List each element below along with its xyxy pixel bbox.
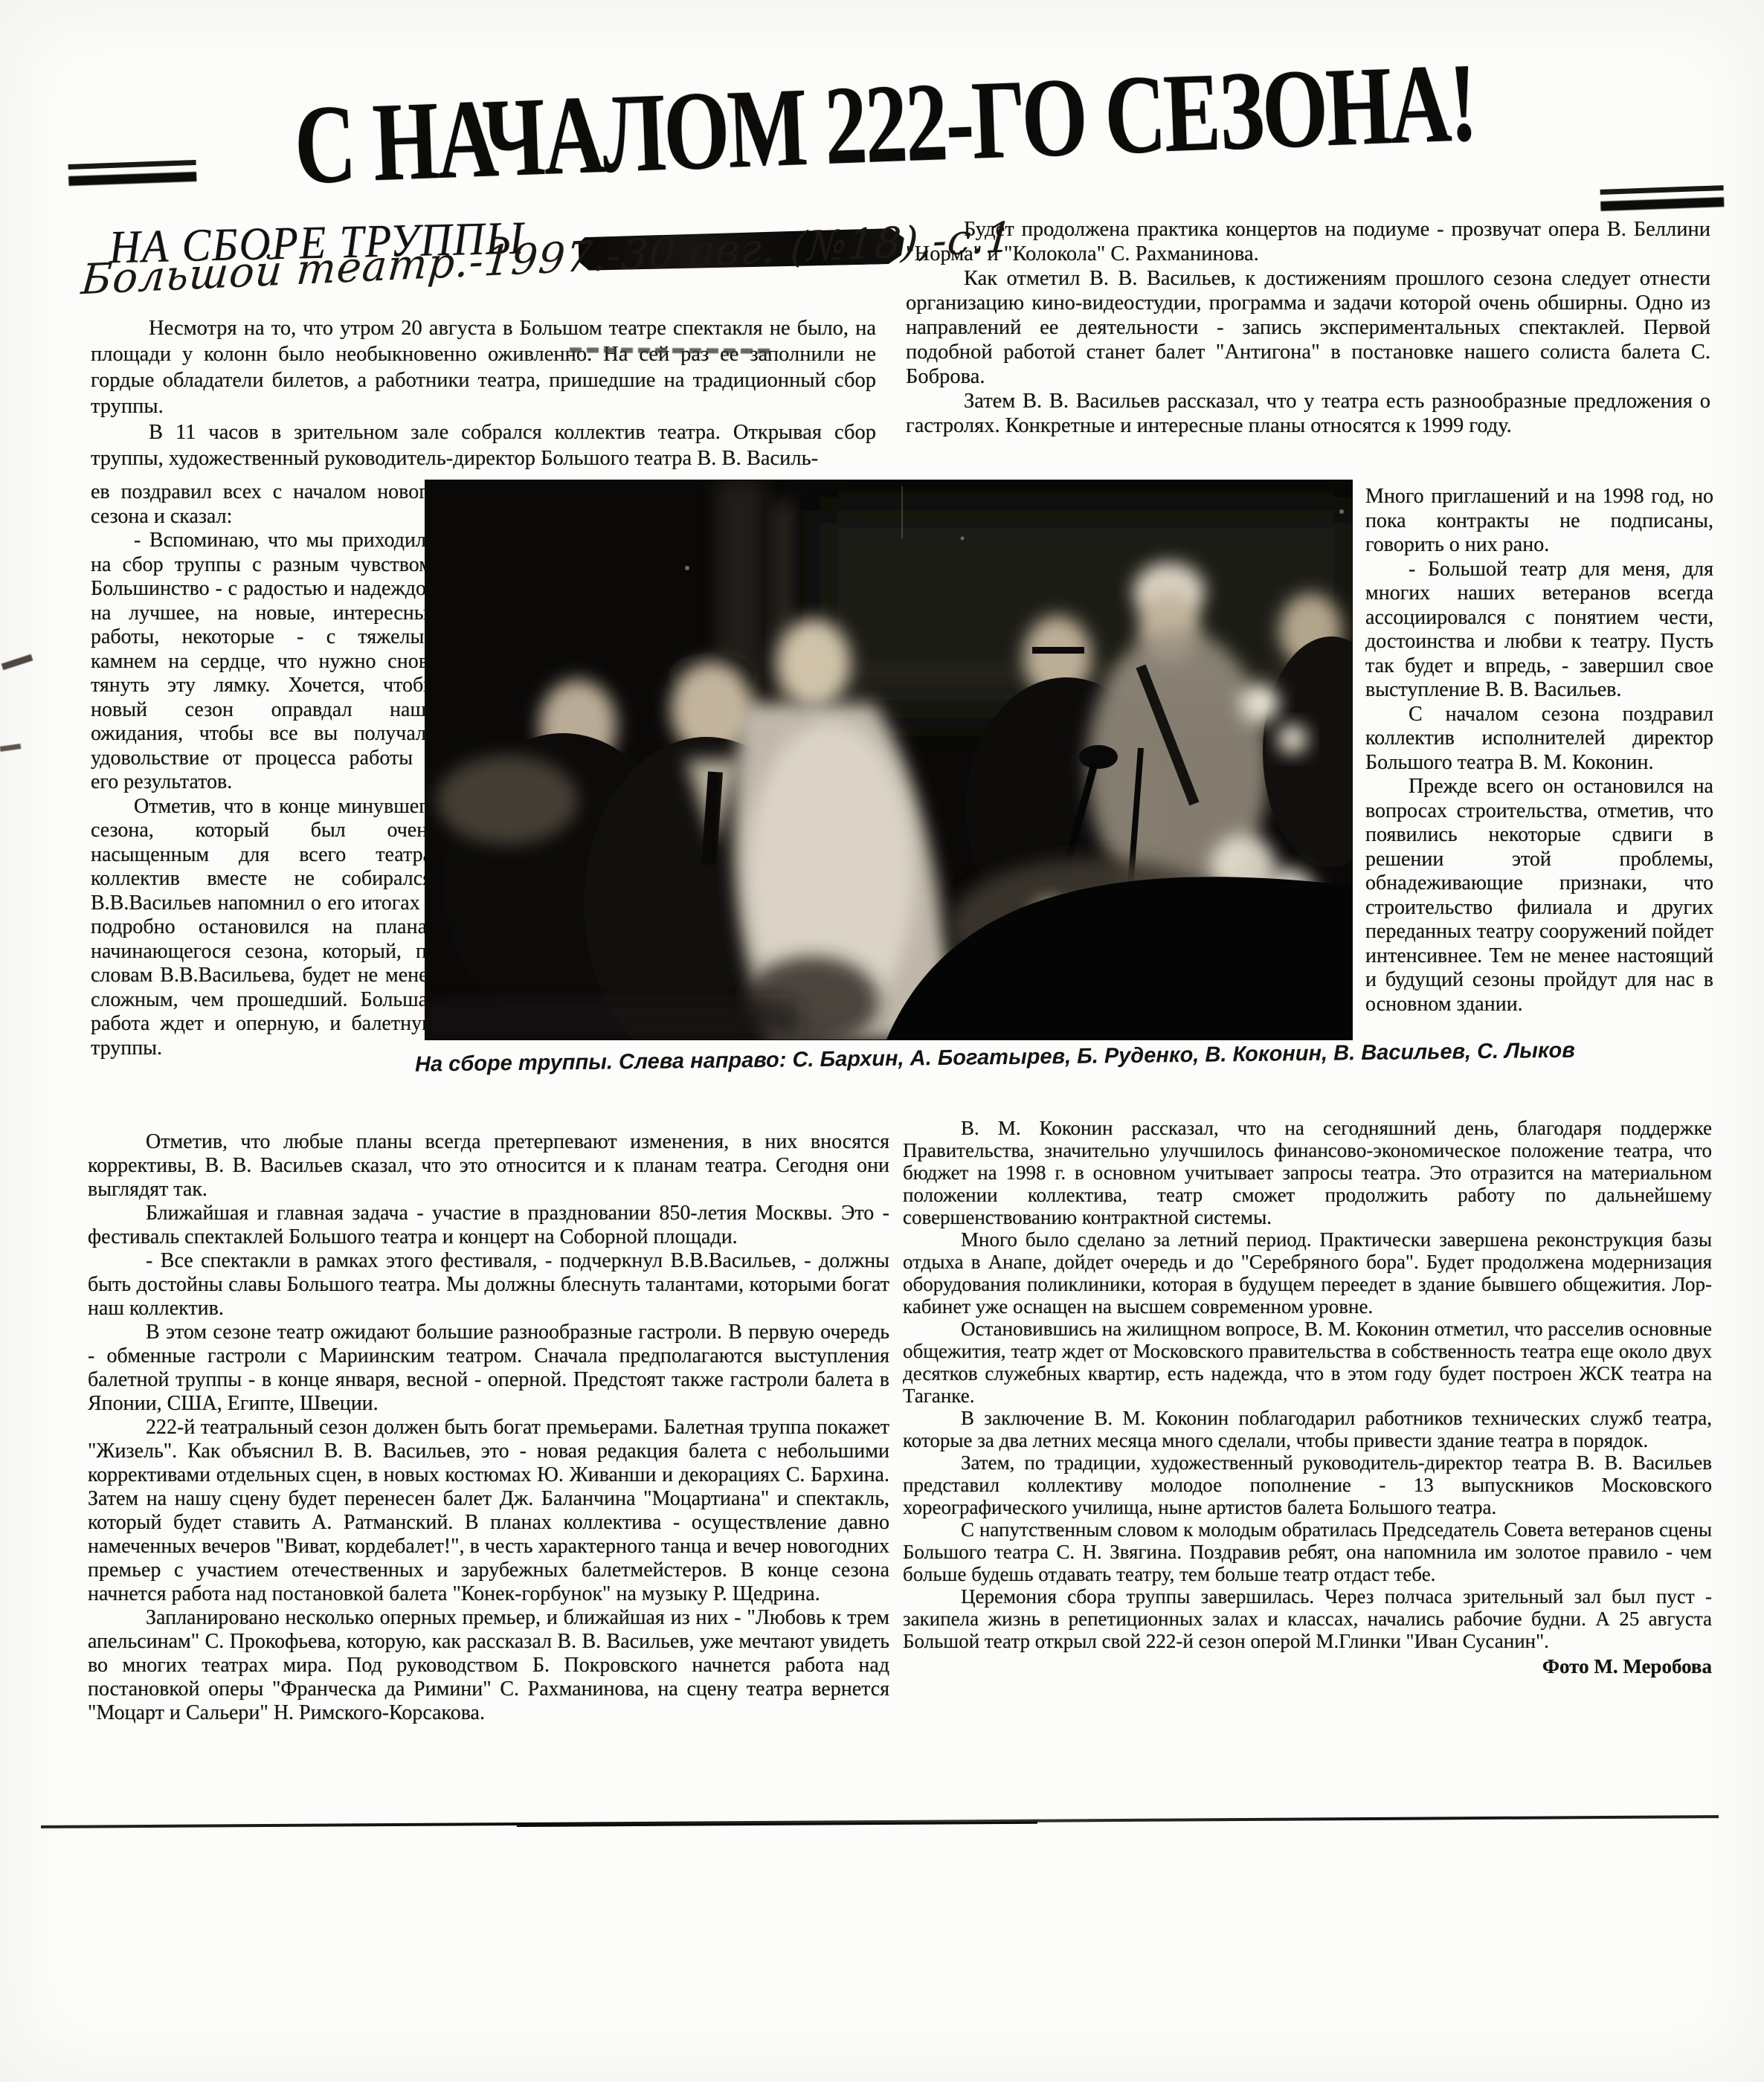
photo-image bbox=[425, 480, 1352, 1040]
paragraph: Затем, по традиции, художественный руков… bbox=[903, 1451, 1712, 1518]
paragraph: Много было сделано за летний период. Пра… bbox=[903, 1228, 1712, 1318]
paragraph: - Вспоминаю, что мы приходили на сбор тр… bbox=[91, 529, 437, 795]
photo-credit: Фото М. Меробова bbox=[903, 1652, 1712, 1677]
paragraph: - Все спектакли в рамках этого фестиваля… bbox=[88, 1249, 889, 1321]
column-left-bottom: Отметив, что любые планы всегда претерпе… bbox=[88, 1130, 889, 1725]
masthead-rule-left bbox=[68, 160, 197, 186]
paragraph: С началом сезона поздравил коллектив исп… bbox=[1365, 703, 1713, 776]
paragraph: Прежде всего он остановился на вопросах … bbox=[1365, 775, 1713, 1016]
rule-line bbox=[1600, 185, 1724, 195]
scan-artifact-dash bbox=[1, 654, 33, 671]
masthead-rule-right bbox=[1600, 185, 1725, 211]
paragraph: - Большой театр для меня, для многих наш… bbox=[1365, 558, 1713, 703]
column-left-top: Несмотря на то, что утром 20 августа в Б… bbox=[91, 315, 876, 471]
paragraph: В. М. Коконин рассказал, что на сегодняш… bbox=[903, 1117, 1712, 1228]
rule-line bbox=[68, 160, 196, 170]
paragraph: Несмотря на то, что утром 20 августа в Б… bbox=[91, 315, 876, 419]
photo-caption: На сборе труппы. Слева направо: С. Бархи… bbox=[415, 1040, 1352, 1077]
paragraph: Затем В. В. Васильев рассказал, что у те… bbox=[906, 389, 1710, 438]
paragraph: Много приглашений и на 1998 год, но пока… bbox=[1365, 485, 1713, 558]
column-right-bottom: В. М. Коконин рассказал, что на сегодняш… bbox=[903, 1117, 1712, 1677]
rule-line bbox=[1600, 197, 1724, 211]
paragraph: Будет продолжена практика концертов на п… bbox=[906, 217, 1710, 266]
underline-artifact bbox=[570, 347, 772, 353]
paragraph: Ближайшая и главная задача - участие в п… bbox=[88, 1202, 889, 1249]
paragraph: Отметив, что в конце минувшего сезона, к… bbox=[91, 795, 437, 1061]
bottom-rule bbox=[41, 1815, 1719, 1828]
paragraph: В заключение В. М. Коконин поблагодарил … bbox=[903, 1407, 1712, 1451]
paragraph: Церемония сбора труппы завершилась. Чере… bbox=[903, 1585, 1712, 1652]
paragraph: 222-й театральный сезон должен быть бога… bbox=[88, 1416, 889, 1606]
scan-artifact-dash bbox=[0, 744, 21, 752]
paragraph: С напутственным словом к молодым обратил… bbox=[903, 1518, 1712, 1585]
paragraph: Запланировано несколько оперных премьер,… bbox=[88, 1606, 889, 1725]
paragraph: Как отметил В. В. Васильев, к достижения… bbox=[906, 266, 1710, 389]
column-left-narrow: ев поздравил всех с началом нового сезон… bbox=[91, 480, 437, 1060]
paragraph: В 11 часов в зрительном зале собрался ко… bbox=[91, 419, 876, 471]
column-right-top: Будет продолжена практика концертов на п… bbox=[906, 217, 1710, 438]
photo bbox=[425, 480, 1352, 1040]
paragraph: Остановившись на жилищном вопросе, В. М.… bbox=[903, 1318, 1712, 1407]
paragraph: В этом сезоне театр ожидают большие разн… bbox=[88, 1321, 889, 1416]
paragraph: ев поздравил всех с началом нового сезон… bbox=[91, 480, 437, 529]
masthead-title: С НАЧАЛОМ 222-ГО СЕЗОНА! bbox=[274, 37, 1496, 210]
column-right-narrow: Много приглашений и на 1998 год, но пока… bbox=[1365, 485, 1713, 1016]
newspaper-page: С НАЧАЛОМ 222-ГО СЕЗОНА! НА СБОРЕ ТРУППЫ… bbox=[0, 0, 1764, 2082]
paragraph: Отметив, что любые планы всегда претерпе… bbox=[88, 1130, 889, 1202]
rule-line bbox=[68, 172, 196, 186]
